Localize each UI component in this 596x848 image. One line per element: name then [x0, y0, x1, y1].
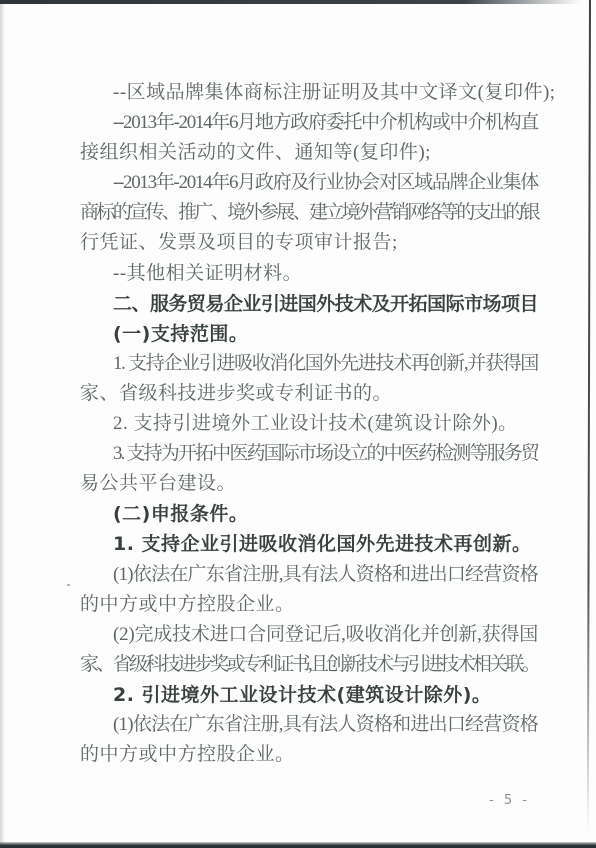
text-line: --2013年-2014年6月地方政府委托中介机构或中介机构直: [80, 108, 538, 138]
text-line: 2. 支持引进境外工业设计技术(建筑设计除外)。: [80, 409, 538, 439]
text-line: 家、省级科技进步奖或专利证书,且创新技术与引进技术相关联。: [80, 650, 538, 680]
text-line: 二、服务贸易企业引进国外技术及开拓国际市场项目: [80, 289, 538, 319]
text-line: --2013年-2014年6月政府及行业协会对区域品牌企业集体: [80, 168, 538, 198]
text-line: (1)依法在广东省注册,具有法人资格和进出口经营资格: [80, 560, 538, 590]
text-line: (二)申报条件。: [80, 499, 538, 529]
text-line-content: 商标的宣传、推广、境外参展、建立境外营销网络等的支出的银: [80, 202, 538, 223]
text-line-content: 2. 支持引进境外工业设计技术(建筑设计除外)。: [113, 413, 518, 434]
text-line: 3. 支持为开拓中医药国际市场设立的中医药检测等服务贸: [80, 439, 538, 469]
text-line: 行凭证、发票及项目的专项审计报告;: [80, 228, 538, 258]
text-line-content: (1)依法在广东省注册,具有法人资格和进出口经营资格: [113, 564, 538, 585]
text-line-content: --区域品牌集体商标注册证明及其中文译文(复印件);: [113, 82, 556, 103]
text-line: 易公共平台建设。: [80, 469, 538, 499]
text-line-content: (1)依法在广东省注册,具有法人资格和进出口经营资格: [113, 714, 538, 735]
scan-edge-right-line: [587, 0, 591, 834]
text-line: 1. 支持企业引进吸收消化国外先进技术再创新。: [80, 529, 538, 559]
text-line-content: (2)完成技术进口合同登记后,吸收消化并创新,获得国: [113, 624, 538, 645]
text-line-content: --2013年-2014年6月政府及行业协会对区域品牌企业集体: [113, 172, 538, 193]
document-body: --区域品牌集体商标注册证明及其中文译文(复印件);--2013年-2014年6…: [80, 78, 538, 770]
text-line-content: (二)申报条件。: [113, 503, 248, 525]
text-line-content: 行凭证、发票及项目的专项审计报告;: [80, 232, 398, 253]
text-line: 家、省级科技进步奖或专利证书的。: [80, 379, 538, 409]
text-line: (1)依法在广东省注册,具有法人资格和进出口经营资格: [80, 710, 538, 740]
text-line-content: 的中方或中方控股企业。: [80, 744, 295, 765]
text-line-content: 家、省级科技进步奖或专利证书的。: [80, 383, 392, 404]
text-line: 1. 支持企业引进吸收消化国外先进技术再创新,并获得国: [80, 349, 538, 379]
text-line-content: 的中方或中方控股企业。: [80, 594, 295, 615]
scan-edge-bottom-line: [0, 842, 596, 848]
text-line-content: 3. 支持为开拓中医药国际市场设立的中医药检测等服务贸: [113, 443, 538, 464]
text-line: 2. 引进境外工业设计技术(建筑设计除外)。: [80, 680, 538, 710]
scan-speck: [67, 584, 70, 586]
text-line: 的中方或中方控股企业。: [80, 740, 538, 770]
text-line: (一)支持范围。: [80, 319, 538, 349]
text-line-content: --2013年-2014年6月地方政府委托中介机构或中介机构直: [113, 112, 538, 133]
text-line: --区域品牌集体商标注册证明及其中文译文(复印件);: [80, 78, 538, 108]
text-line: 商标的宣传、推广、境外参展、建立境外营销网络等的支出的银: [80, 198, 538, 228]
text-line: (2)完成技术进口合同登记后,吸收消化并创新,获得国: [80, 620, 538, 650]
text-line-content: (一)支持范围。: [113, 323, 248, 345]
text-line: 的中方或中方控股企业。: [80, 590, 538, 620]
text-line: 接组织相关活动的文件、通知等(复印件);: [80, 138, 538, 168]
scanned-document-page: --区域品牌集体商标注册证明及其中文译文(复印件);--2013年-2014年6…: [0, 0, 596, 848]
scan-edge-left-shadow: [0, 0, 5, 848]
scan-edge-top-line: [0, 0, 580, 4]
text-line-content: 接组织相关活动的文件、通知等(复印件);: [80, 142, 431, 163]
text-line-content: 1. 支持企业引进吸收消化国外先进技术再创新。: [113, 533, 532, 555]
text-line-content: 二、服务贸易企业引进国外技术及开拓国际市场项目: [113, 293, 538, 315]
text-line-content: --其他相关证明材料。: [113, 263, 302, 284]
page-number: - 5 -: [489, 793, 530, 808]
text-line-content: 家、省级科技进步奖或专利证书,且创新技术与引进技术相关联。: [80, 654, 538, 675]
text-line-content: 1. 支持企业引进吸收消化国外先进技术再创新,并获得国: [113, 353, 538, 374]
text-line-content: 易公共平台建设。: [80, 473, 236, 494]
text-line-content: 2. 引进境外工业设计技术(建筑设计除外)。: [113, 684, 491, 706]
text-line: --其他相关证明材料。: [80, 259, 538, 289]
